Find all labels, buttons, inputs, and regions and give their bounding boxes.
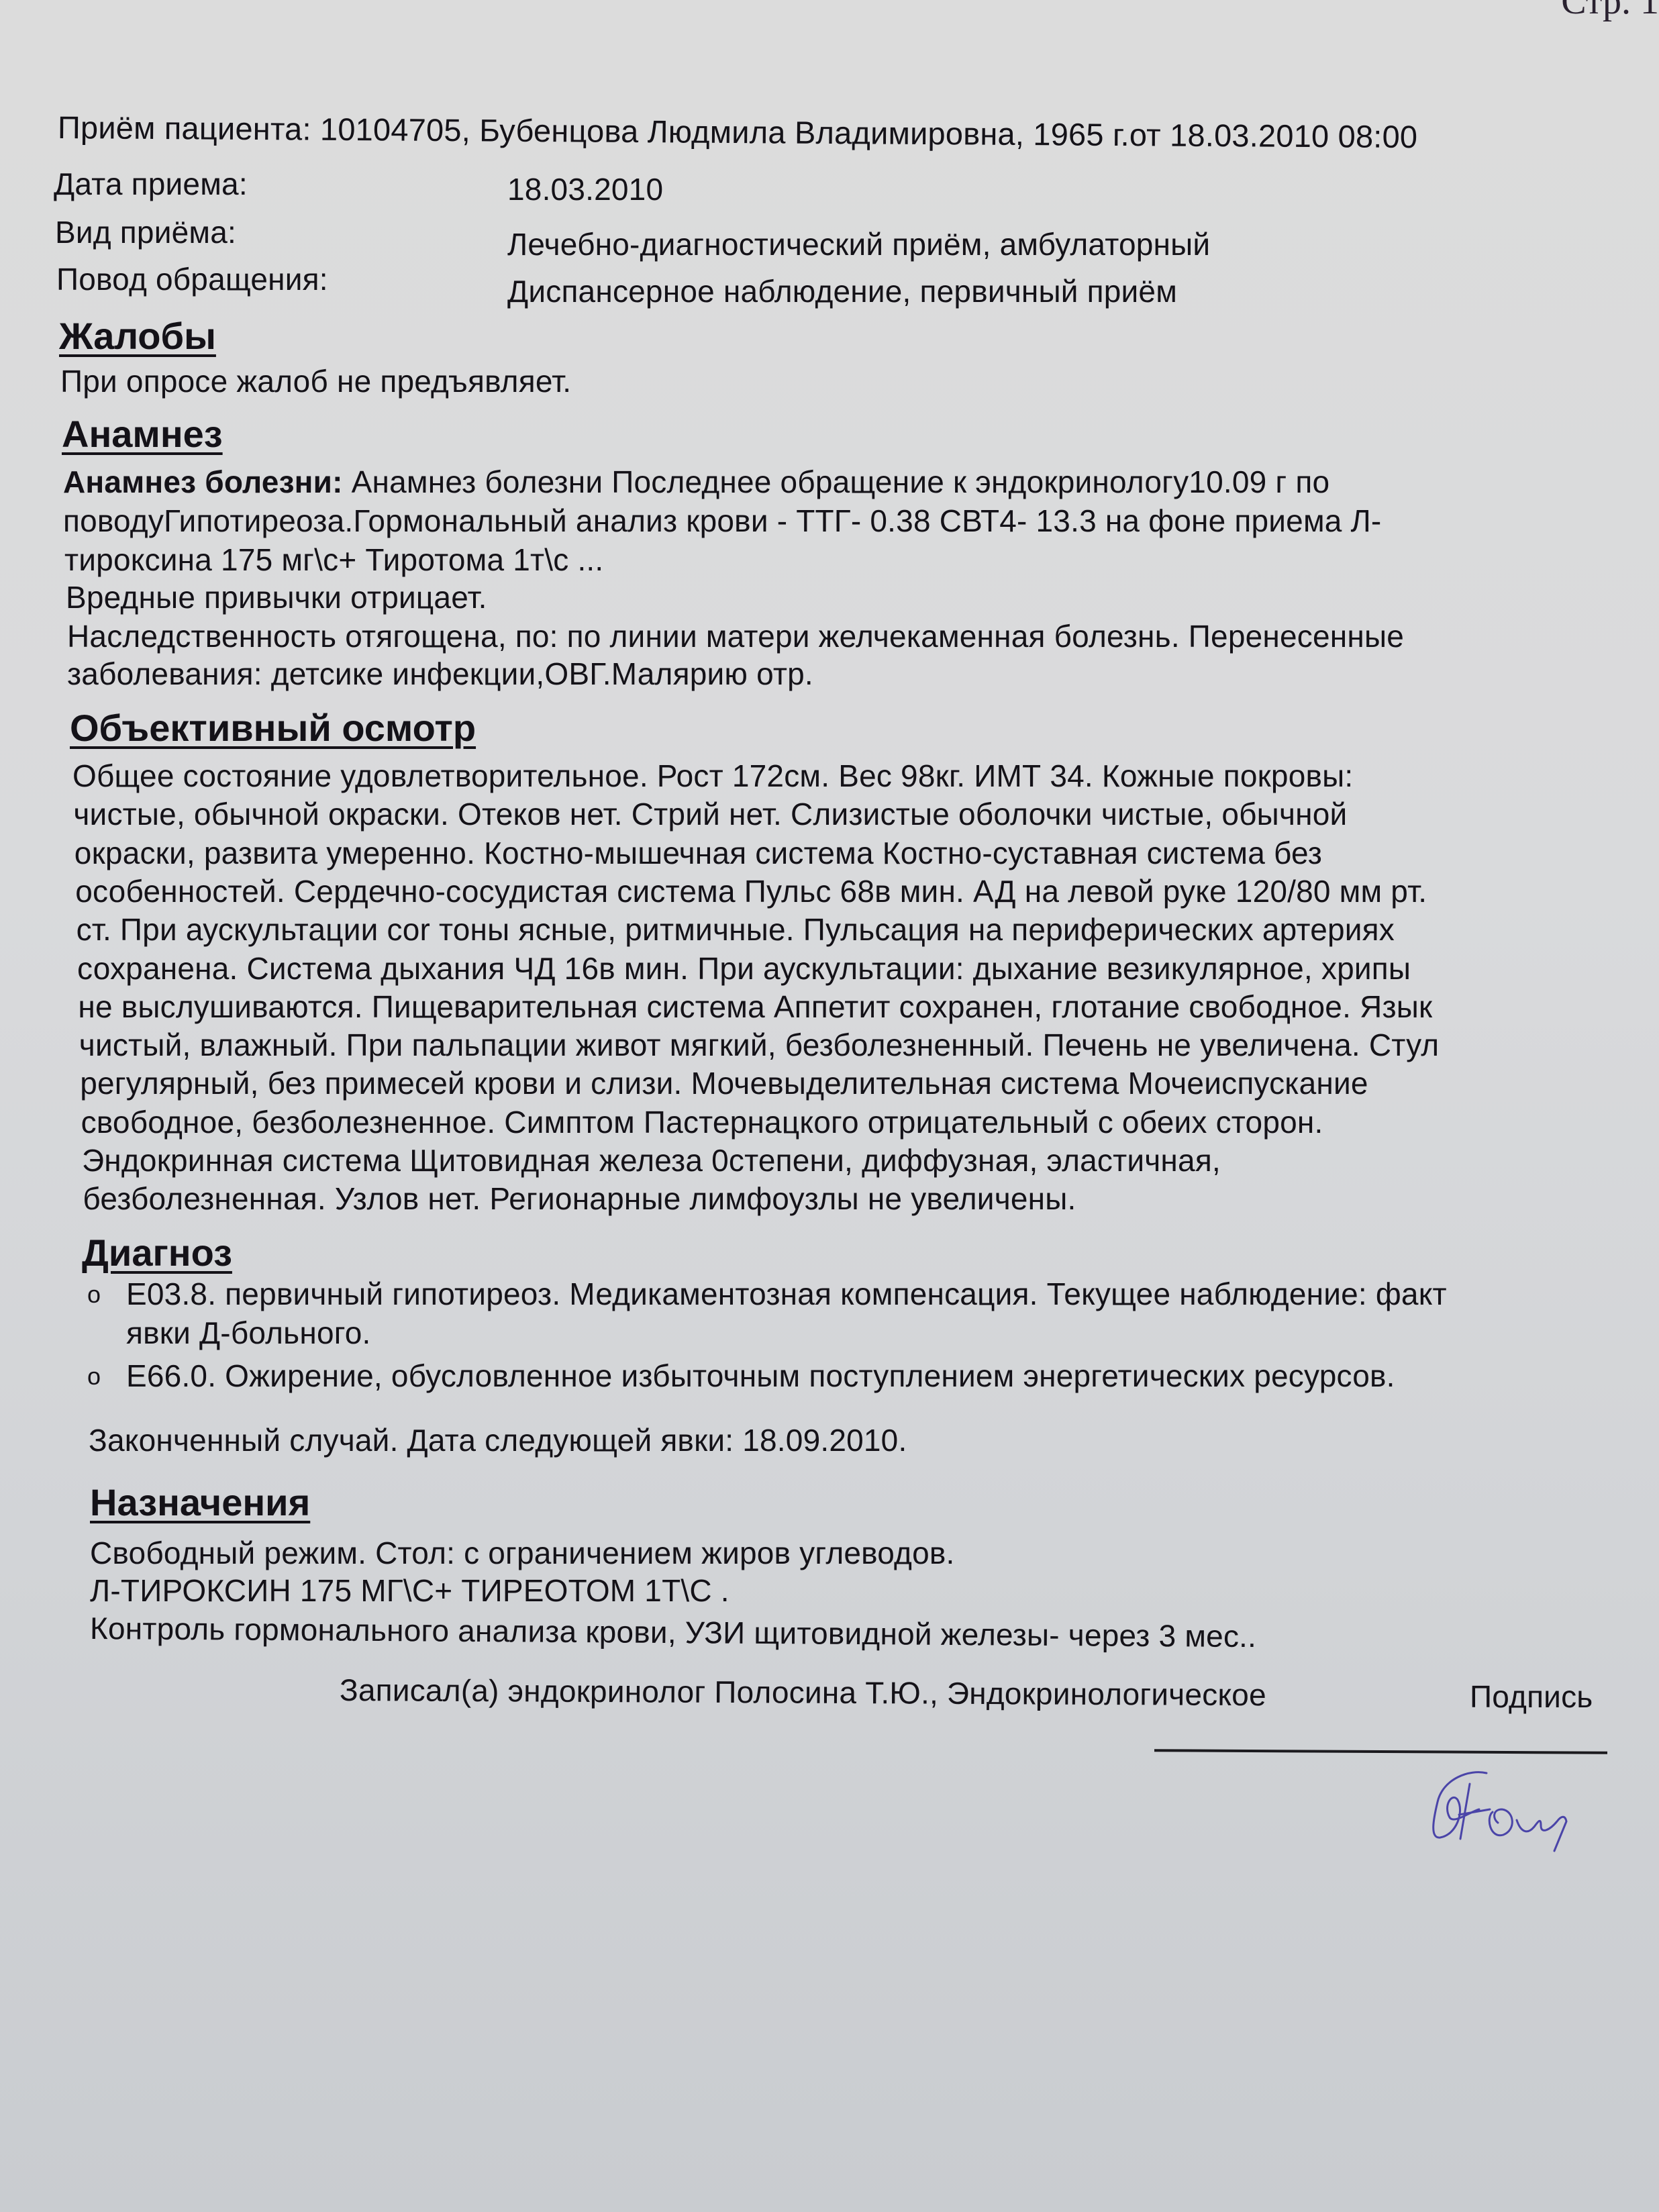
section-heading-examination: Объективный осмотр	[70, 706, 476, 750]
diagnosis-item-2: E66.0. Ожирение, обусловленное избыточны…	[126, 1357, 1395, 1395]
field-label-date: Дата приема:	[54, 165, 248, 203]
examination-line: окраски, развита умеренно. Костно-мышечн…	[74, 834, 1322, 872]
anamnesis-line-1: Анамнез болезни: Анамнез болезни Последн…	[63, 463, 1329, 501]
diagnosis-item-1-line-2: явки Д-больного.	[126, 1314, 370, 1352]
examination-line: чистые, обычной окраски. Отеков нет. Стр…	[73, 795, 1347, 833]
examination-line: свободное, безболезненное. Симптом Пасте…	[81, 1103, 1323, 1141]
examination-line: ст. При аускультации cor тоны ясные, рит…	[77, 911, 1395, 948]
examination-line: не выслушиваются. Пищеварительная систем…	[78, 988, 1432, 1025]
examination-line: чистый, влажный. При пальпации живот мяг…	[79, 1026, 1440, 1064]
section-heading-diagnosis: Диагноз	[82, 1231, 232, 1274]
field-label-reason: Повод обращения:	[56, 260, 328, 298]
complaints-text: При опросе жалоб не предъявляет.	[60, 362, 571, 400]
examination-line: особенностей. Сердечно-сосудистая систем…	[75, 872, 1427, 910]
anamnesis-label: Анамнез болезни:	[63, 464, 343, 499]
examination-line: Эндокринная система Щитовидная железа 0с…	[82, 1142, 1221, 1179]
handwritten-signature-icon	[1423, 1765, 1604, 1852]
bullet-icon: o	[87, 1280, 101, 1309]
examination-line: сохранена. Система дыхания ЧД 16в мин. П…	[77, 950, 1411, 987]
anamnesis-line-4: Вредные привычки отрицает.	[66, 579, 487, 616]
field-value-visit-type: Лечебно-диагностический приём, амбулатор…	[507, 225, 1210, 263]
signature-line	[1154, 1749, 1607, 1754]
recorded-by: Записал(а) эндокринолог Полосина Т.Ю., Э…	[340, 1671, 1266, 1713]
field-value-date: 18.03.2010	[507, 170, 663, 208]
section-heading-anamnesis: Анамнез	[62, 412, 223, 456]
prescription-line-1: Свободный режим. Стол: с ограничением жи…	[90, 1534, 955, 1572]
signature-label: Подпись	[1470, 1678, 1593, 1715]
examination-line: безболезненная. Узлов нет. Регионарные л…	[83, 1180, 1076, 1217]
bullet-icon: o	[87, 1362, 101, 1391]
medical-record-page: Стр. 1 Приём пациента: 10104705, Бубенцо…	[0, 0, 1659, 2212]
field-value-reason: Диспансерное наблюдение, первичный приём	[507, 272, 1177, 310]
anamnesis-line-3: тироксина 175 мг\с+ Тиротома 1т\с ...	[64, 541, 603, 579]
diagnosis-item-1-line-1: E03.8. первичный гипотиреоз. Медикаменто…	[126, 1275, 1447, 1313]
section-heading-complaints: Жалобы	[59, 314, 216, 358]
anamnesis-line-5: Наследственность отягощена, по: по линии…	[67, 617, 1404, 655]
diagnosis-conclusion: Законченный случай. Дата следующей явки:…	[89, 1421, 907, 1459]
section-heading-prescriptions: Назначения	[90, 1480, 310, 1524]
anamnesis-line-6: заболевания: детсике инфекции,ОВГ.Маляри…	[67, 655, 813, 693]
prescription-line-3: Контроль гормонального анализа крови, УЗ…	[90, 1609, 1256, 1655]
field-label-visit-type: Вид приёма:	[55, 213, 236, 251]
visit-title: Приём пациента: 10104705, Бубенцова Людм…	[58, 109, 1418, 156]
anamnesis-line-2: поводуГипотиреоза.Гормональный анализ кр…	[63, 502, 1381, 540]
prescription-line-2: Л-ТИРОКСИН 175 МГ\С+ ТИРЕОТОМ 1Т\С .	[90, 1572, 730, 1609]
examination-line: Общее состояние удовлетворительное. Рост…	[72, 757, 1353, 795]
page-number: Стр. 1	[1561, 0, 1659, 23]
examination-line: регулярный, без примесей крови и слизи. …	[80, 1064, 1368, 1102]
